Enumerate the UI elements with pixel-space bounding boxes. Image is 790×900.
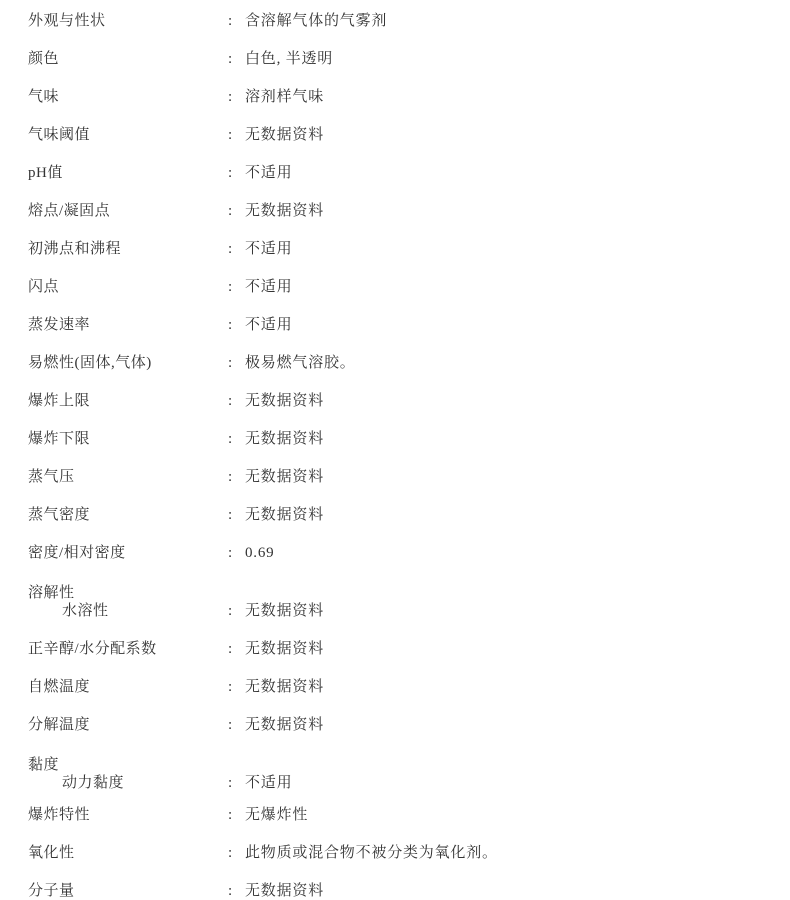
colon-separator: : xyxy=(228,355,245,371)
colon-separator: : xyxy=(228,507,245,523)
property-label: 动力黏度 xyxy=(28,775,228,791)
property-label: 密度/相对密度 xyxy=(28,545,228,561)
colon-separator: : xyxy=(228,469,245,485)
property-label: 爆炸上限 xyxy=(28,393,228,409)
property-label: 气味阈值 xyxy=(28,127,228,143)
colon-separator: : xyxy=(228,883,245,899)
property-row: 初沸点和沸程 : 不适用 xyxy=(28,241,770,257)
colon-separator: : xyxy=(228,13,245,29)
property-value: 白色, 半透明 xyxy=(245,51,770,67)
property-row: 氧化性 : 此物质或混合物不被分类为氧化剂。 xyxy=(28,845,770,861)
property-row: 分解温度 : 无数据资料 xyxy=(28,717,770,733)
property-value: 不适用 xyxy=(245,317,770,333)
colon-separator: : xyxy=(228,279,245,295)
property-row: 蒸气压 : 无数据资料 xyxy=(28,469,770,485)
property-value: 无数据资料 xyxy=(245,883,770,899)
property-value: 溶剂样气味 xyxy=(245,89,770,105)
property-row: 密度/相对密度 : 0.69 xyxy=(28,545,770,561)
property-value: 无数据资料 xyxy=(245,679,770,695)
property-label: 蒸气压 xyxy=(28,469,228,485)
colon-separator: : xyxy=(228,165,245,181)
colon-separator: : xyxy=(228,203,245,219)
property-label: 爆炸特性 xyxy=(28,807,228,823)
property-row: 蒸气密度 : 无数据资料 xyxy=(28,507,770,523)
property-label: 氧化性 xyxy=(28,845,228,861)
property-value: 无数据资料 xyxy=(245,641,770,657)
property-row: 闪点 : 不适用 xyxy=(28,279,770,295)
property-row: 爆炸特性 : 无爆炸性 xyxy=(28,807,770,823)
property-group-viscosity: 黏度 动力黏度 : 不适用 xyxy=(28,755,770,791)
colon-separator: : xyxy=(228,127,245,143)
colon-separator: : xyxy=(228,775,245,791)
property-row: 蒸发速率 : 不适用 xyxy=(28,317,770,333)
property-label: 熔点/凝固点 xyxy=(28,203,228,219)
colon-separator: : xyxy=(228,317,245,333)
property-row: 爆炸下限 : 无数据资料 xyxy=(28,431,770,447)
property-value: 不适用 xyxy=(245,775,770,791)
property-label: 自燃温度 xyxy=(28,679,228,695)
property-label: 蒸气密度 xyxy=(28,507,228,523)
colon-separator: : xyxy=(228,845,245,861)
property-group-label: 溶解性 xyxy=(28,583,770,603)
colon-separator: : xyxy=(228,807,245,823)
property-label: 正辛醇/水分配系数 xyxy=(28,641,228,657)
colon-separator: : xyxy=(228,393,245,409)
property-label: 易燃性(固体,气体) xyxy=(28,355,228,371)
colon-separator: : xyxy=(228,603,245,619)
property-value: 不适用 xyxy=(245,241,770,257)
property-row: 动力黏度 : 不适用 xyxy=(28,775,770,791)
colon-separator: : xyxy=(228,431,245,447)
property-row: 外观与性状 : 含溶解气体的气雾剂 xyxy=(28,13,770,29)
property-label: 水溶性 xyxy=(28,603,228,619)
property-value: 此物质或混合物不被分类为氧化剂。 xyxy=(245,845,770,861)
colon-separator: : xyxy=(228,545,245,561)
property-value: 无数据资料 xyxy=(245,469,770,485)
property-value: 无数据资料 xyxy=(245,127,770,143)
property-value: 无数据资料 xyxy=(245,507,770,523)
property-value: 极易燃气溶胶。 xyxy=(245,355,770,371)
property-value: 无爆炸性 xyxy=(245,807,770,823)
colon-separator: : xyxy=(228,641,245,657)
physical-properties-list: 外观与性状 : 含溶解气体的气雾剂 颜色 : 白色, 半透明 气味 : 溶剂样气… xyxy=(0,0,790,899)
colon-separator: : xyxy=(228,51,245,67)
property-row: 自燃温度 : 无数据资料 xyxy=(28,679,770,695)
property-value: 无数据资料 xyxy=(245,393,770,409)
property-value: 无数据资料 xyxy=(245,603,770,619)
property-group-label: 黏度 xyxy=(28,755,770,775)
colon-separator: : xyxy=(228,241,245,257)
property-label: 分子量 xyxy=(28,883,228,899)
property-row: 水溶性 : 无数据资料 xyxy=(28,603,770,619)
property-row: pH值 : 不适用 xyxy=(28,165,770,181)
property-row: 爆炸上限 : 无数据资料 xyxy=(28,393,770,409)
property-group-solubility: 溶解性 水溶性 : 无数据资料 xyxy=(28,583,770,619)
property-value: 不适用 xyxy=(245,279,770,295)
property-value: 无数据资料 xyxy=(245,203,770,219)
property-row: 气味 : 溶剂样气味 xyxy=(28,89,770,105)
property-value: 含溶解气体的气雾剂 xyxy=(245,13,770,29)
document-page: { "colon": ":", "page": { "background_co… xyxy=(0,0,790,900)
property-label: 初沸点和沸程 xyxy=(28,241,228,257)
property-row: 易燃性(固体,气体) : 极易燃气溶胶。 xyxy=(28,355,770,371)
property-value: 0.69 xyxy=(245,545,770,561)
property-label: 分解温度 xyxy=(28,717,228,733)
colon-separator: : xyxy=(228,89,245,105)
property-row: 气味阈值 : 无数据资料 xyxy=(28,127,770,143)
property-label: 蒸发速率 xyxy=(28,317,228,333)
property-label: 爆炸下限 xyxy=(28,431,228,447)
property-label: 闪点 xyxy=(28,279,228,295)
property-label: 外观与性状 xyxy=(28,13,228,29)
property-row: 正辛醇/水分配系数 : 无数据资料 xyxy=(28,641,770,657)
property-row: 颜色 : 白色, 半透明 xyxy=(28,51,770,67)
property-label: 颜色 xyxy=(28,51,228,67)
colon-separator: : xyxy=(228,679,245,695)
property-value: 无数据资料 xyxy=(245,717,770,733)
colon-separator: : xyxy=(228,717,245,733)
property-label: 气味 xyxy=(28,89,228,105)
property-value: 无数据资料 xyxy=(245,431,770,447)
property-label: pH值 xyxy=(28,165,228,181)
property-value: 不适用 xyxy=(245,165,770,181)
property-row: 分子量 : 无数据资料 xyxy=(28,883,770,899)
property-row: 熔点/凝固点 : 无数据资料 xyxy=(28,203,770,219)
